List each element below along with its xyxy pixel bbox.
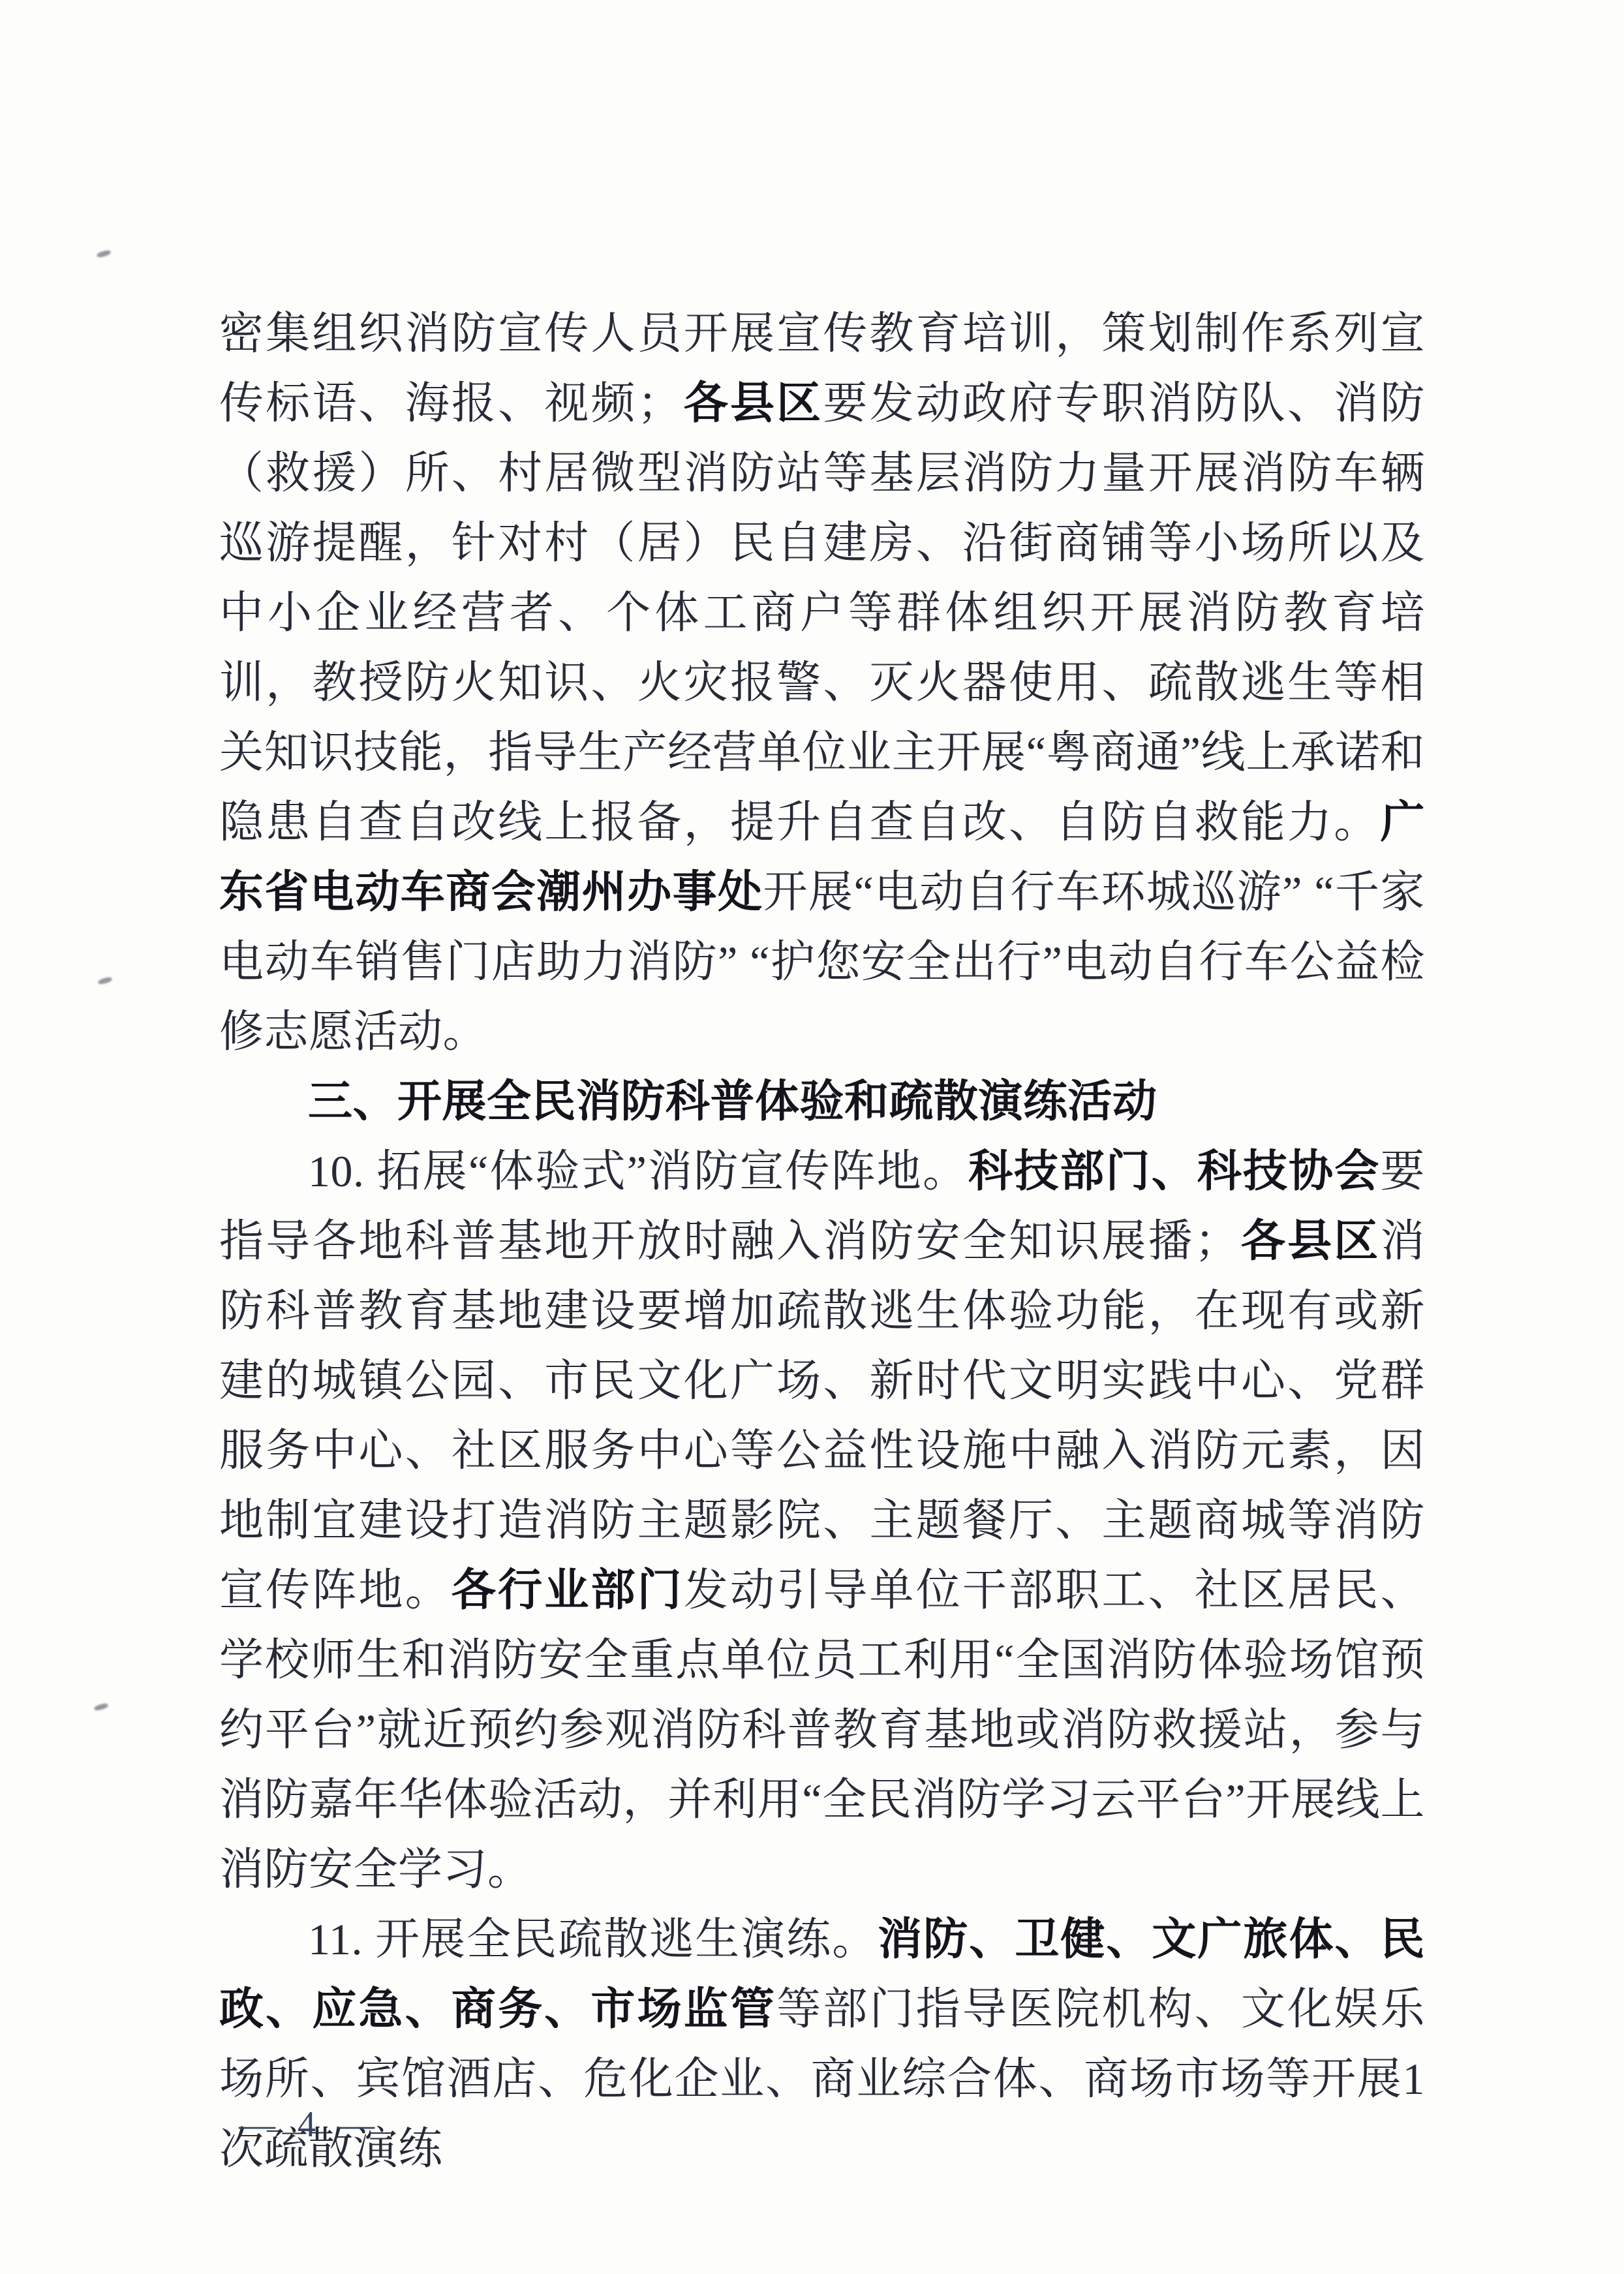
document-body: 密集组织消防宣传人员开展宣传教育培训，策划制作系列宣传标语、海报、视频；各县区要… xyxy=(219,299,1425,2184)
emphasis-run: 科技部门、科技协会 xyxy=(968,1146,1380,1196)
emphasis-run: 三、开展全民消防科普体验和疏散演练活动 xyxy=(308,1077,1157,1126)
scan-artifact-mark xyxy=(97,976,112,985)
section-heading: 三、开展全民消防科普体验和疏散演练活动 xyxy=(219,1067,1425,1137)
emphasis-run: 各县区 xyxy=(682,378,823,428)
text-run: 要发动政府专职消防队、消防（救援）所、村居微型消防站等基层消防力量开展消防车辆巡… xyxy=(219,378,1425,847)
text-run: 11. 开展全民疏散逃生演练。 xyxy=(308,1914,878,1964)
page-number: — 4 — xyxy=(239,2101,375,2148)
text-run: 消防科普教育基地建设要增加疏散逃生体验功能，在现有或新建的城镇公园、市民文化广场… xyxy=(219,1216,1425,1615)
document-page: 密集组织消防宣传人员开展宣传教育培训，策划制作系列宣传标语、海报、视频；各县区要… xyxy=(0,0,1624,2274)
paragraph-continued: 密集组织消防宣传人员开展宣传教育培训，策划制作系列宣传标语、海报、视频；各县区要… xyxy=(219,299,1425,1067)
paragraph-item-11: 11. 开展全民疏散逃生演练。消防、卫健、文广旅体、民政、应急、商务、市场监管等… xyxy=(219,1905,1425,2184)
emphasis-run: 各县区 xyxy=(1239,1216,1380,1266)
emphasis-run: 各行业部门 xyxy=(452,1565,684,1615)
scan-artifact-mark xyxy=(93,1702,108,1712)
text-run: 10. 拓展“体验式”消防宣传阵地。 xyxy=(308,1146,968,1196)
paragraph-item-10: 10. 拓展“体验式”消防宣传阵地。科技部门、科技协会要指导各地科普基地开放时融… xyxy=(219,1137,1425,1905)
scan-artifact-mark xyxy=(96,249,111,258)
